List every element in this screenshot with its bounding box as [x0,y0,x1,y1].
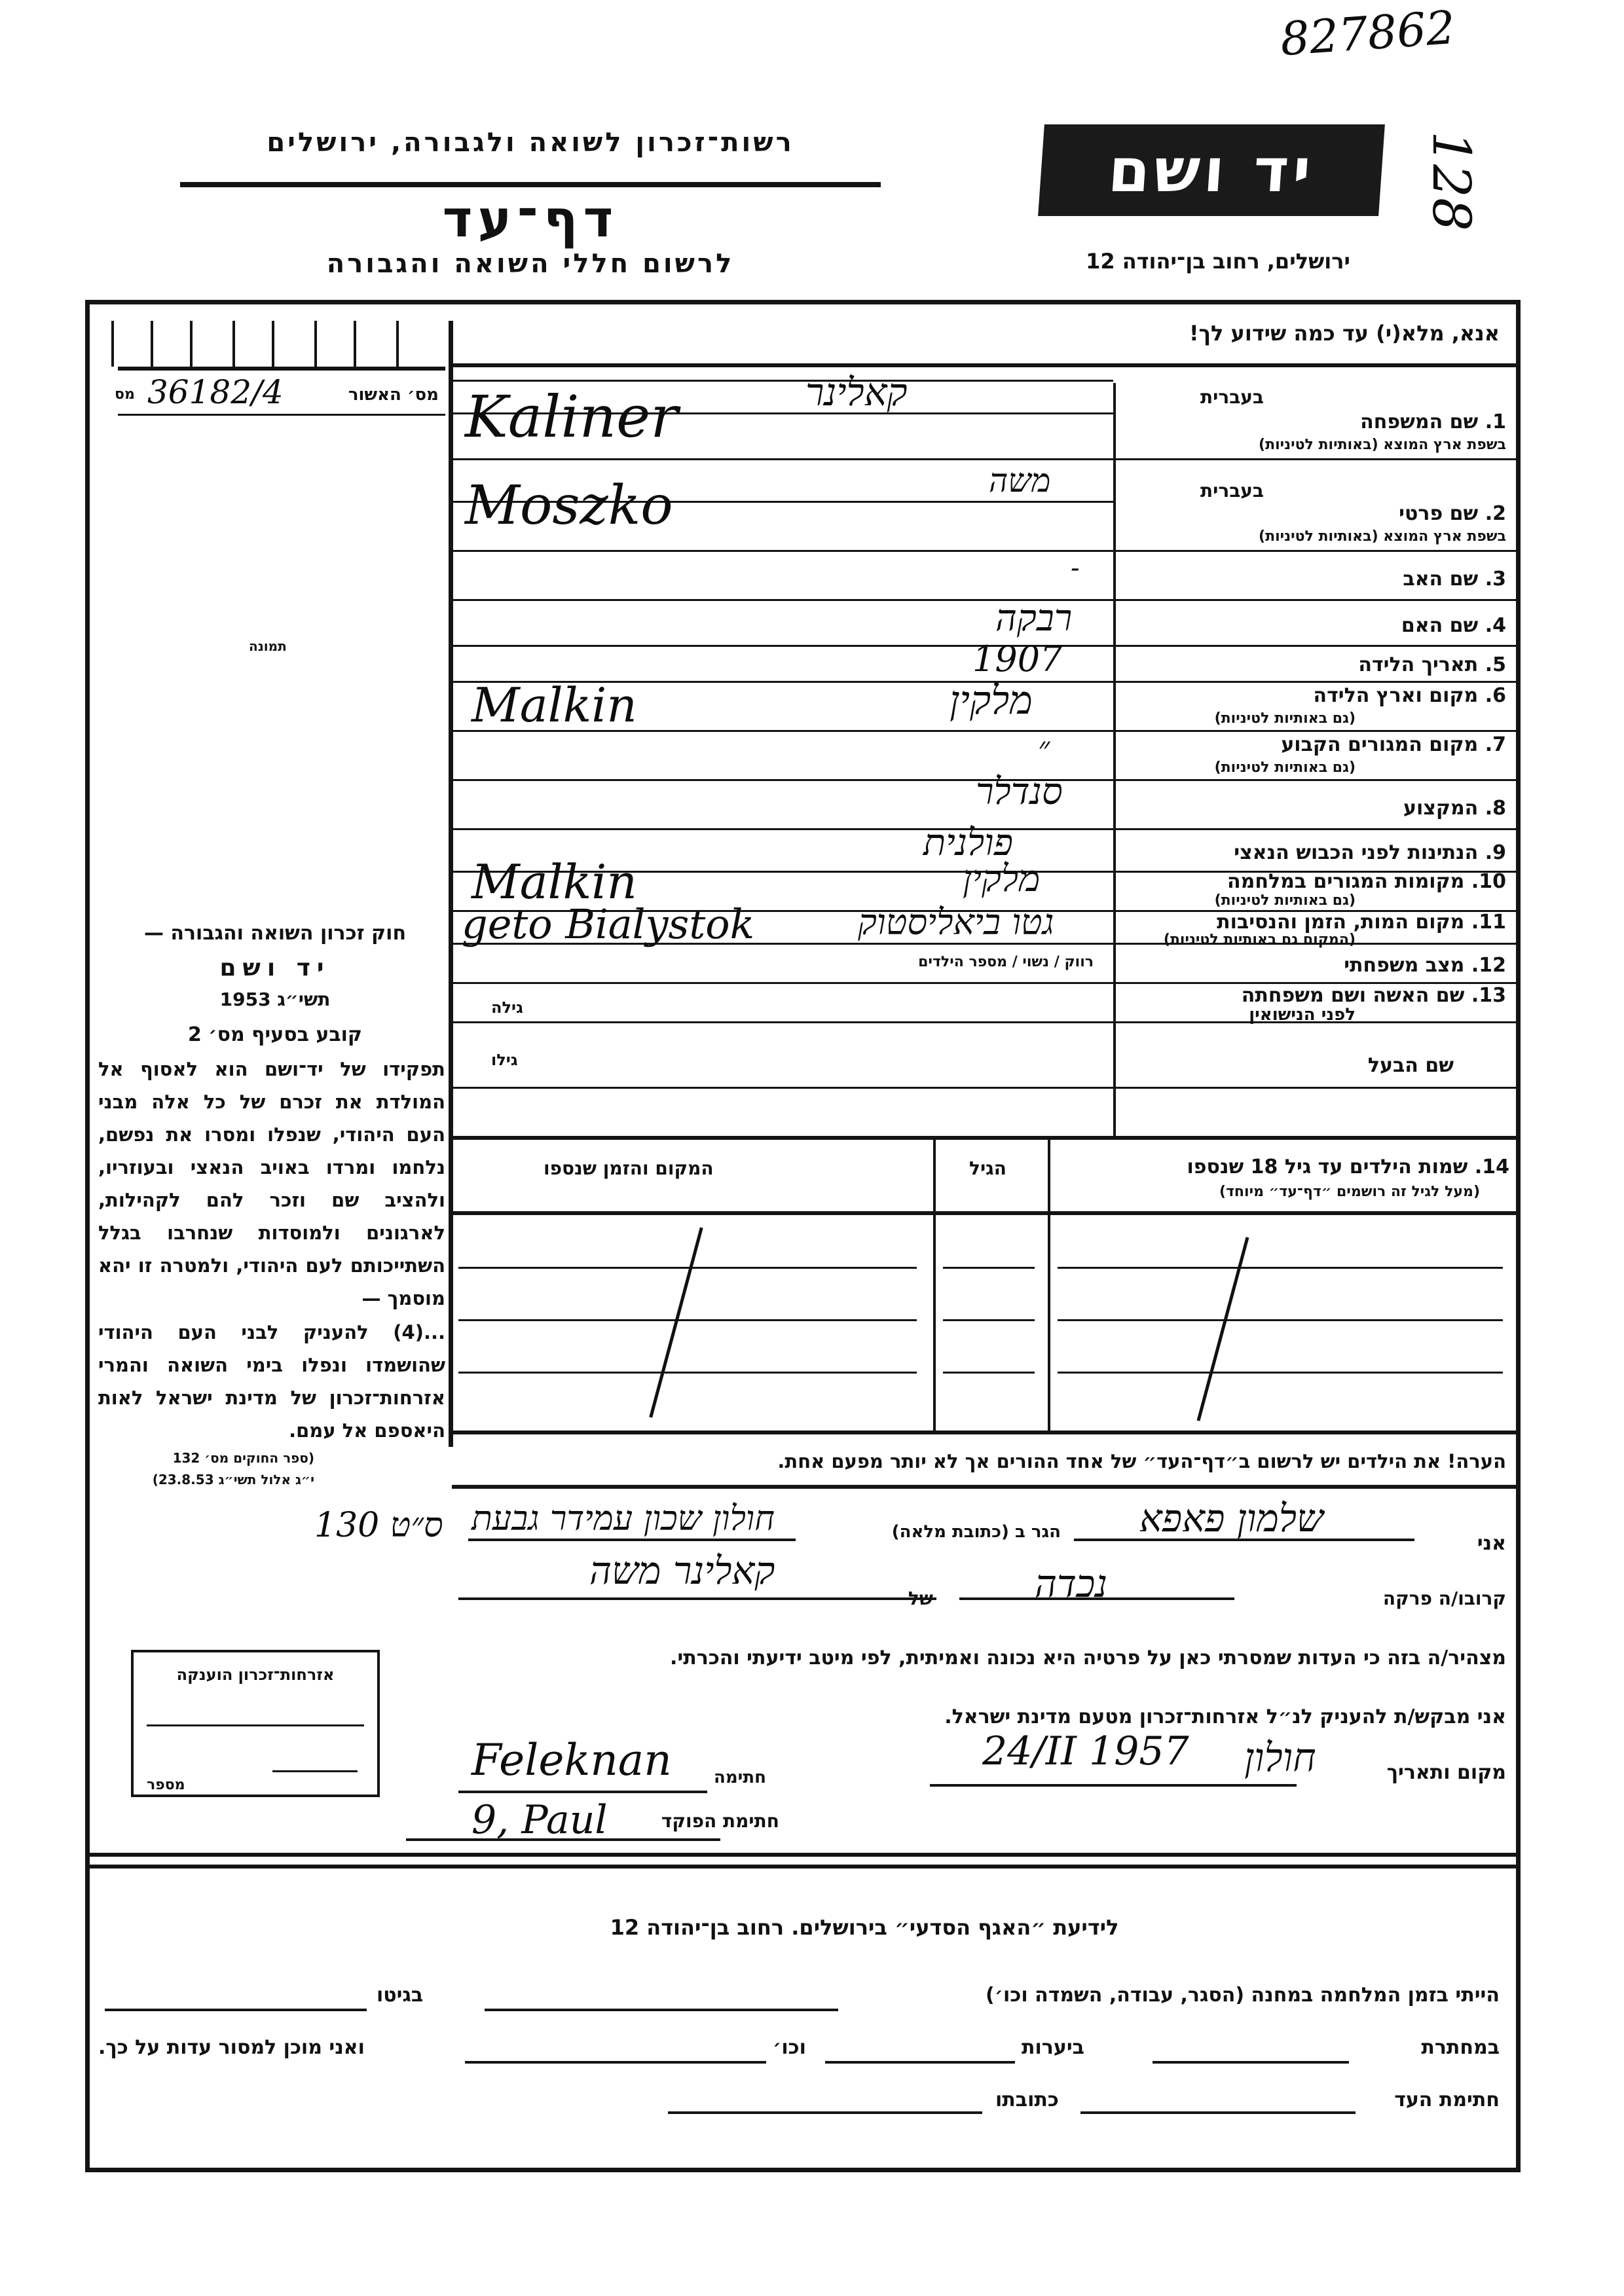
approval-label: מס׳ האשור [348,385,439,405]
gazette-reference-2: י״ג אלול תשי״ג 23.8.53) [98,1472,314,1487]
birth-place-label: 6. מקום וארץ הלידה [1314,684,1506,707]
declarant-i-label: אני [1477,1532,1506,1555]
profession-value[interactable]: סנדלר [976,771,1063,813]
husband-name-label: שם הבעל [1368,1054,1454,1077]
approval-number[interactable]: 36182/4 [147,373,284,411]
header-address: ירושלים, רחוב בן־יהודה 12 [1048,249,1388,274]
hebrew-tag: בעברית [1200,480,1264,501]
profession-label: 8. המקצוע [1403,797,1506,820]
law-text: תפקידו של יד־ושם הוא לאסוף אל המולדת את … [98,1053,445,1315]
signature-value[interactable]: Feleknan [471,1735,672,1785]
law-clause: קובע בסעיף מס׳ 2 [105,1023,445,1046]
header-rule [180,182,881,187]
signature-label: חתימה [714,1768,766,1787]
address-value[interactable]: חולון שכון עמידר גבעת [471,1499,775,1539]
field-husband-name[interactable]: גילו שם הבעל [452,1025,1519,1087]
witness-address-label: כתובתו [995,2088,1059,2111]
children-age-header: הגיל [969,1157,1006,1179]
wartime-residence-sublabel: (גם באותיות לטיניות) [1215,892,1356,909]
margin-number: 128 [1421,131,1482,231]
birth-place-latin[interactable]: Malkin [471,678,637,733]
form-subtitle: לרשום חללי השואה והגבורה [177,249,884,279]
husband-age-label: גילו [491,1051,518,1069]
declarant-name[interactable]: שלמון פאפא [1139,1496,1323,1540]
clerk-signature-value[interactable]: 9, Paul [471,1797,608,1843]
field-wife-name[interactable]: גילה 13. שם האשה ושם משפחתה לפני הנישואי… [452,985,1519,1021]
memorial-citizenship-stamp-box: אזרחות־זכרון הוענקה מספר [131,1650,380,1797]
field-marital-status[interactable]: רווק / נשוי / מספר הילדים 12. מצב משפחתי [452,946,1519,982]
relation-label: קרובו/ה פרקה [1383,1588,1506,1609]
photo-label: תמונה [249,638,287,654]
family-name-latin[interactable]: Kaliner [465,383,678,450]
witness-underground-field[interactable] [1153,2061,1349,2064]
stamp-title: אזרחות־זכרון הוענקה [134,1666,377,1684]
place-value[interactable]: חולון [1244,1735,1316,1781]
witness-ghetto-field[interactable] [105,2009,367,2011]
address-extra[interactable]: 130 ס״ט [314,1506,443,1545]
law-name: יד ושם [105,955,445,981]
birth-place-sublabel: (גם באותיות לטיניות) [1215,710,1356,727]
witness-ghetto-label: בגיטו [377,1984,423,2007]
law-year: תשי״ג 1953 [105,989,445,1010]
residence-sublabel: (גם באותיות לטיניות) [1215,759,1356,776]
date-value[interactable]: 24/II 1957 [982,1728,1189,1774]
first-name-label: 2. שם פרטי [1399,502,1506,525]
instructions-rule [452,363,1516,367]
witness-signature-label: חתימת העד [1394,2088,1500,2111]
wartime-residence-label: 10. מקומות המגורים במלחמה [1227,870,1506,893]
law-text-continued: ...(4) להעניק לבני העם היהודי שהושמדו ונ… [98,1316,445,1447]
hebrew-tag: בעברית [1200,386,1264,408]
mother-name-label: 4. שם האם [1401,614,1506,637]
nationality-label: 9. הנתינות לפני הכבוש הנאצי [1234,841,1506,864]
family-name-sublabel: בשפת ארץ המוצא (באותיות לטיניות) [1259,437,1506,453]
wife-name-label: 13. שם האשה ושם משפחתה [1242,984,1506,1007]
yad-vashem-logo: יד ושם [1038,124,1385,216]
witness-camp-label: הייתי בזמן המלחמה במחנה (הסגר, עבודה, הש… [986,1984,1500,2007]
father-name-label: 3. שם האב [1403,568,1506,591]
mother-name-value[interactable]: רבקה [995,597,1072,640]
children-sublabel: (מעל לגיל זה רושמים ״דף־עד״ מיוחד) [1219,1184,1480,1200]
law-year-gregorian: 1953 [220,989,271,1010]
field-death-place[interactable]: geto Bialystok גטו ביאליסטוק 11. מקום המ… [452,913,1519,949]
archive-number: 827862 [1278,1,1456,66]
institution-name: רשות־זכרון לשואה ולגבורה, ירושלים [177,128,884,158]
children-label: 14. שמות הילדים עד גיל 18 שנספו [1187,1156,1509,1178]
law-title: חוק זכרון השואה והגבורה — [105,922,445,945]
stamp-number-label: מספר [147,1777,185,1793]
residence-value[interactable]: ״ [1038,730,1050,767]
logo-text: יד ושם [1106,136,1317,206]
residence-label: 7. מקום המגורים הקבוע [1281,733,1506,756]
first-name-hebrew[interactable]: משה [989,462,1050,500]
wife-age-label: גילה [491,998,523,1017]
form-title: דף־עד [177,190,884,249]
field-birth-date[interactable]: 1907 5. תאריך הלידה [452,648,1519,681]
marital-status-options[interactable]: רווק / נשוי / מספר הילדים [918,954,1094,970]
relation-of-value[interactable]: קאלינר משה [589,1548,775,1593]
instructions: אנא, מלא(י) עד כמה שידוע לך! [1189,321,1500,346]
witness-address-field[interactable] [668,2111,982,2114]
witness-ready-label: ואני מוכן למסור עדות על כך. [98,2036,365,2059]
marital-status-label: 12. מצב משפחתי [1344,954,1506,977]
witness-forests-field[interactable] [825,2061,1015,2064]
first-name-latin[interactable]: Moszko [465,475,673,537]
field-first-name[interactable]: Moszko משה בעברית 2. שם פרטי בשפת ארץ המ… [452,462,1519,550]
witness-etc-label: וכו׳ [773,2036,806,2059]
death-place-latin[interactable]: geto Bialystok [462,900,754,948]
birth-date-label: 5. תאריך הלידה [1358,653,1506,676]
place-date-label: מקום ותאריך [1387,1761,1506,1784]
law-year-hebrew: תשי״ג [277,989,330,1010]
field-father-name[interactable]: - 3. שם האב [452,553,1519,599]
death-place-label: 11. מקום המות, הזמן והנסיבות [1217,911,1506,934]
resident-label: הגר ב (כתובת מלאה) [892,1522,1061,1542]
children-place-header: המקום והזמן שנספו [544,1157,714,1179]
children-note: הערה! את הילדים יש לרשום ב״דף־העד״ של אח… [777,1450,1506,1472]
witness-forests-label: ביערות [1022,2036,1084,2059]
approval-number-row: מס 36182/4 מס׳ האשור [115,373,442,419]
first-name-sublabel: בשפת ארץ המוצא (באותיות לטיניות) [1259,528,1506,545]
declaration-request: אני מבקש/ת להעניק לנ״ל אזרחות־זכרון מטעם… [944,1705,1506,1728]
witness-underground-label: במחתרת [1421,2036,1500,2059]
declaration-statement: מצהיר/ה בזה כי העדות שמסרתי כאן על פרטיה… [670,1647,1506,1669]
field-birth-place[interactable]: Malkin מלקין 6. מקום וארץ הלידה (גם באות… [452,684,1519,730]
approval-prefix: מס [115,386,135,403]
family-name-label: 1. שם המשפחה [1360,410,1506,433]
gazette-reference-1: (ספר החוקים מס׳ 132 [98,1450,314,1466]
father-name-value[interactable]: - [1071,553,1080,583]
field-family-name[interactable]: Kaliner קאלינר בעברית 1. שם המשפחה בשפת … [452,383,1519,458]
birth-date-value[interactable]: 1907 [972,638,1062,680]
family-name-hebrew[interactable]: קאלינר [805,370,908,414]
wartime-residence-hebrew[interactable]: מלקין [963,858,1040,900]
clerk-signature-label: חתימת הפוקד [661,1810,779,1832]
birth-place-hebrew[interactable]: מלקין [950,678,1033,723]
death-place-hebrew[interactable]: גטו ביאליסטוק [858,902,1054,943]
witness-section-title: לידיעת ״האגף הסדעי״ בירושלים. רחוב בן־יה… [504,1915,1225,1940]
witness-signature-field[interactable] [1080,2111,1356,2114]
wife-name-sublabel: לפני הנישואין [1249,1005,1356,1025]
